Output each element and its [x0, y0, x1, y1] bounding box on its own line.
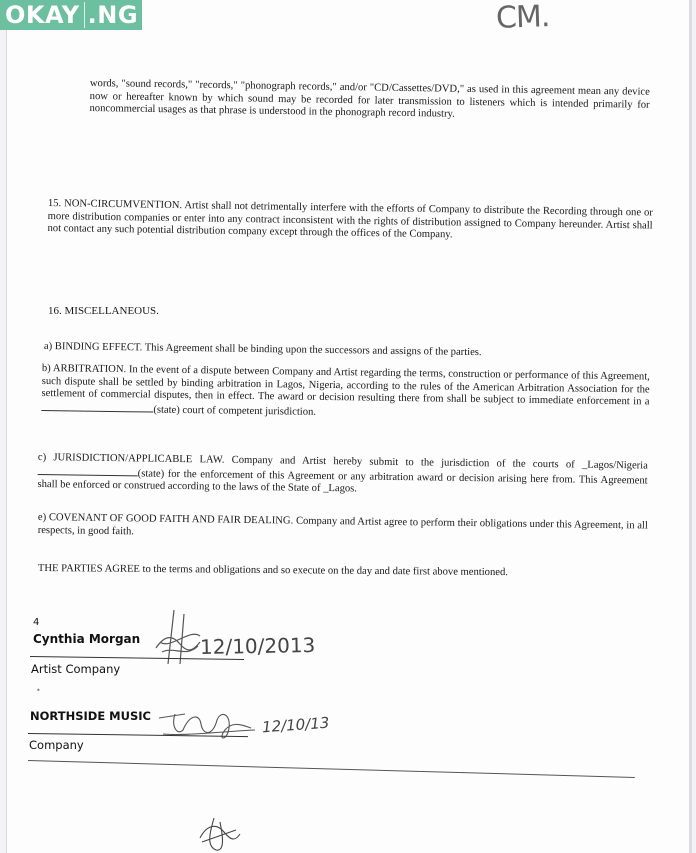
stray-dot: • [36, 686, 41, 695]
company-name: NORTHSIDE MUSIC [30, 709, 151, 723]
handwritten-initials: CM. [495, 0, 550, 36]
jurisdiction-blank-line [38, 465, 138, 476]
clause-b-text-2: (state) court of competent jurisdiction. [153, 404, 316, 417]
company-role-label: Company [29, 738, 84, 752]
state-blank-line [41, 401, 153, 413]
artist-role-label: Artist Company [31, 662, 120, 676]
footer-initial-scrawl [196, 812, 244, 853]
okay-ng-watermark: OKAY.NG [0, 0, 142, 30]
clause-b-text-1: b) ARBITRATION. In the event of a disput… [41, 363, 649, 408]
page-number: 4 [33, 617, 39, 628]
company-signature-scrawl [155, 706, 265, 746]
clause-b-arbitration: b) ARBITRATION. In the event of a disput… [41, 363, 650, 424]
artist-signature-date: 12/10/2013 [200, 633, 316, 659]
document-page [6, 0, 692, 853]
clause-c-jurisdiction: c) JURISDICTION/APPLICABLE LAW. Company … [37, 452, 647, 500]
watermark-brand: OKAY [5, 0, 80, 30]
watermark-divider [84, 2, 85, 28]
section-16-heading: 16. MISCELLANEOUS. [48, 305, 159, 318]
artist-name: Cynthia Morgan [33, 632, 140, 646]
watermark-tld: .NG [88, 0, 138, 30]
